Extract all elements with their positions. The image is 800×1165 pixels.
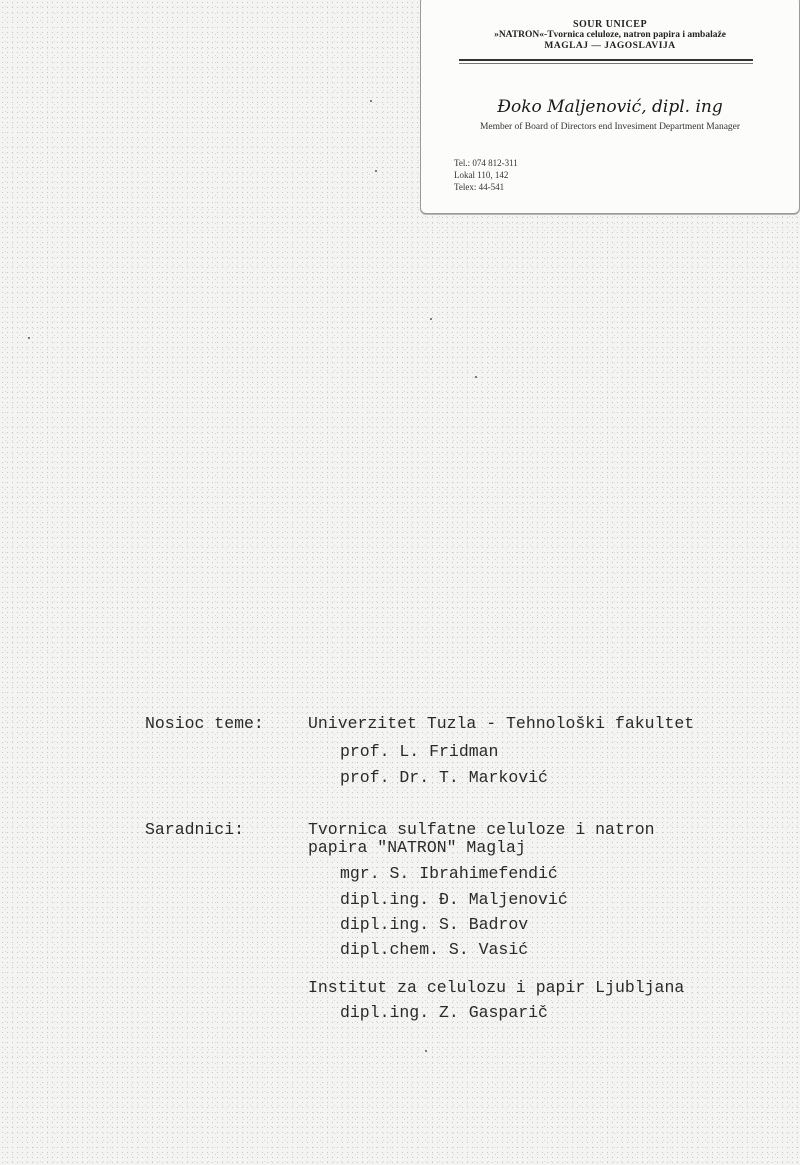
paper-speck — [375, 170, 377, 172]
card-org-line-3: MAGLAJ — JAGOSLAVIJA — [421, 41, 799, 52]
card-local: Lokal 110, 142 — [454, 169, 518, 181]
card-person-name: Đoko Maljenović, dipl. ing — [421, 97, 799, 117]
collaborator-member: mgr. S. Ibrahimefendić — [340, 864, 558, 884]
card-divider-thin — [459, 63, 753, 64]
card-organization: SOUR UNICEP »NATRON«-Tvornica celuloze, … — [421, 19, 799, 52]
paper-speck — [430, 318, 432, 320]
card-phone: Tel.: 074 812-311 — [454, 157, 518, 169]
card-contact: Tel.: 074 812-311 Lokal 110, 142 Telex: … — [454, 157, 518, 193]
collaborator-member: dipl.chem. S. Vasić — [340, 940, 528, 960]
collaborator-institution-1: Tvornica sulfatne celuloze i natron — [308, 820, 655, 840]
collaborator-member: dipl.ing. S. Badrov — [340, 915, 528, 935]
holder-label: Nosioc teme: — [145, 714, 264, 734]
paper-speck — [425, 1050, 427, 1052]
holder-institution: Univerzitet Tuzla - Tehnološki fakultet — [308, 714, 694, 734]
paper-speck — [28, 337, 30, 339]
holder-member: prof. Dr. T. Marković — [340, 768, 548, 788]
card-org-line-1: SOUR UNICEP — [421, 19, 799, 30]
card-divider — [459, 59, 753, 61]
paper-speck — [475, 376, 477, 378]
collaborator-institution-2: Institut za celulozu i papir Ljubljana — [308, 978, 684, 998]
collaborator-member: dipl.ing. Z. Gasparič — [340, 1003, 548, 1023]
business-card: SOUR UNICEP »NATRON«-Tvornica celuloze, … — [420, 0, 800, 214]
holder-member: prof. L. Fridman — [340, 742, 498, 762]
card-telex: Telex: 44-541 — [454, 181, 518, 193]
collaborators-label: Saradnici: — [145, 820, 244, 840]
collaborator-member: dipl.ing. Đ. Maljenović — [340, 890, 568, 910]
paper-speck — [370, 100, 372, 102]
card-org-line-2: »NATRON«-Tvornica celuloze, natron papir… — [421, 30, 799, 41]
card-person-role: Member of Board of Directors end Invesim… — [421, 122, 799, 132]
collaborator-institution-1-cont: papira "NATRON" Maglaj — [308, 838, 526, 858]
